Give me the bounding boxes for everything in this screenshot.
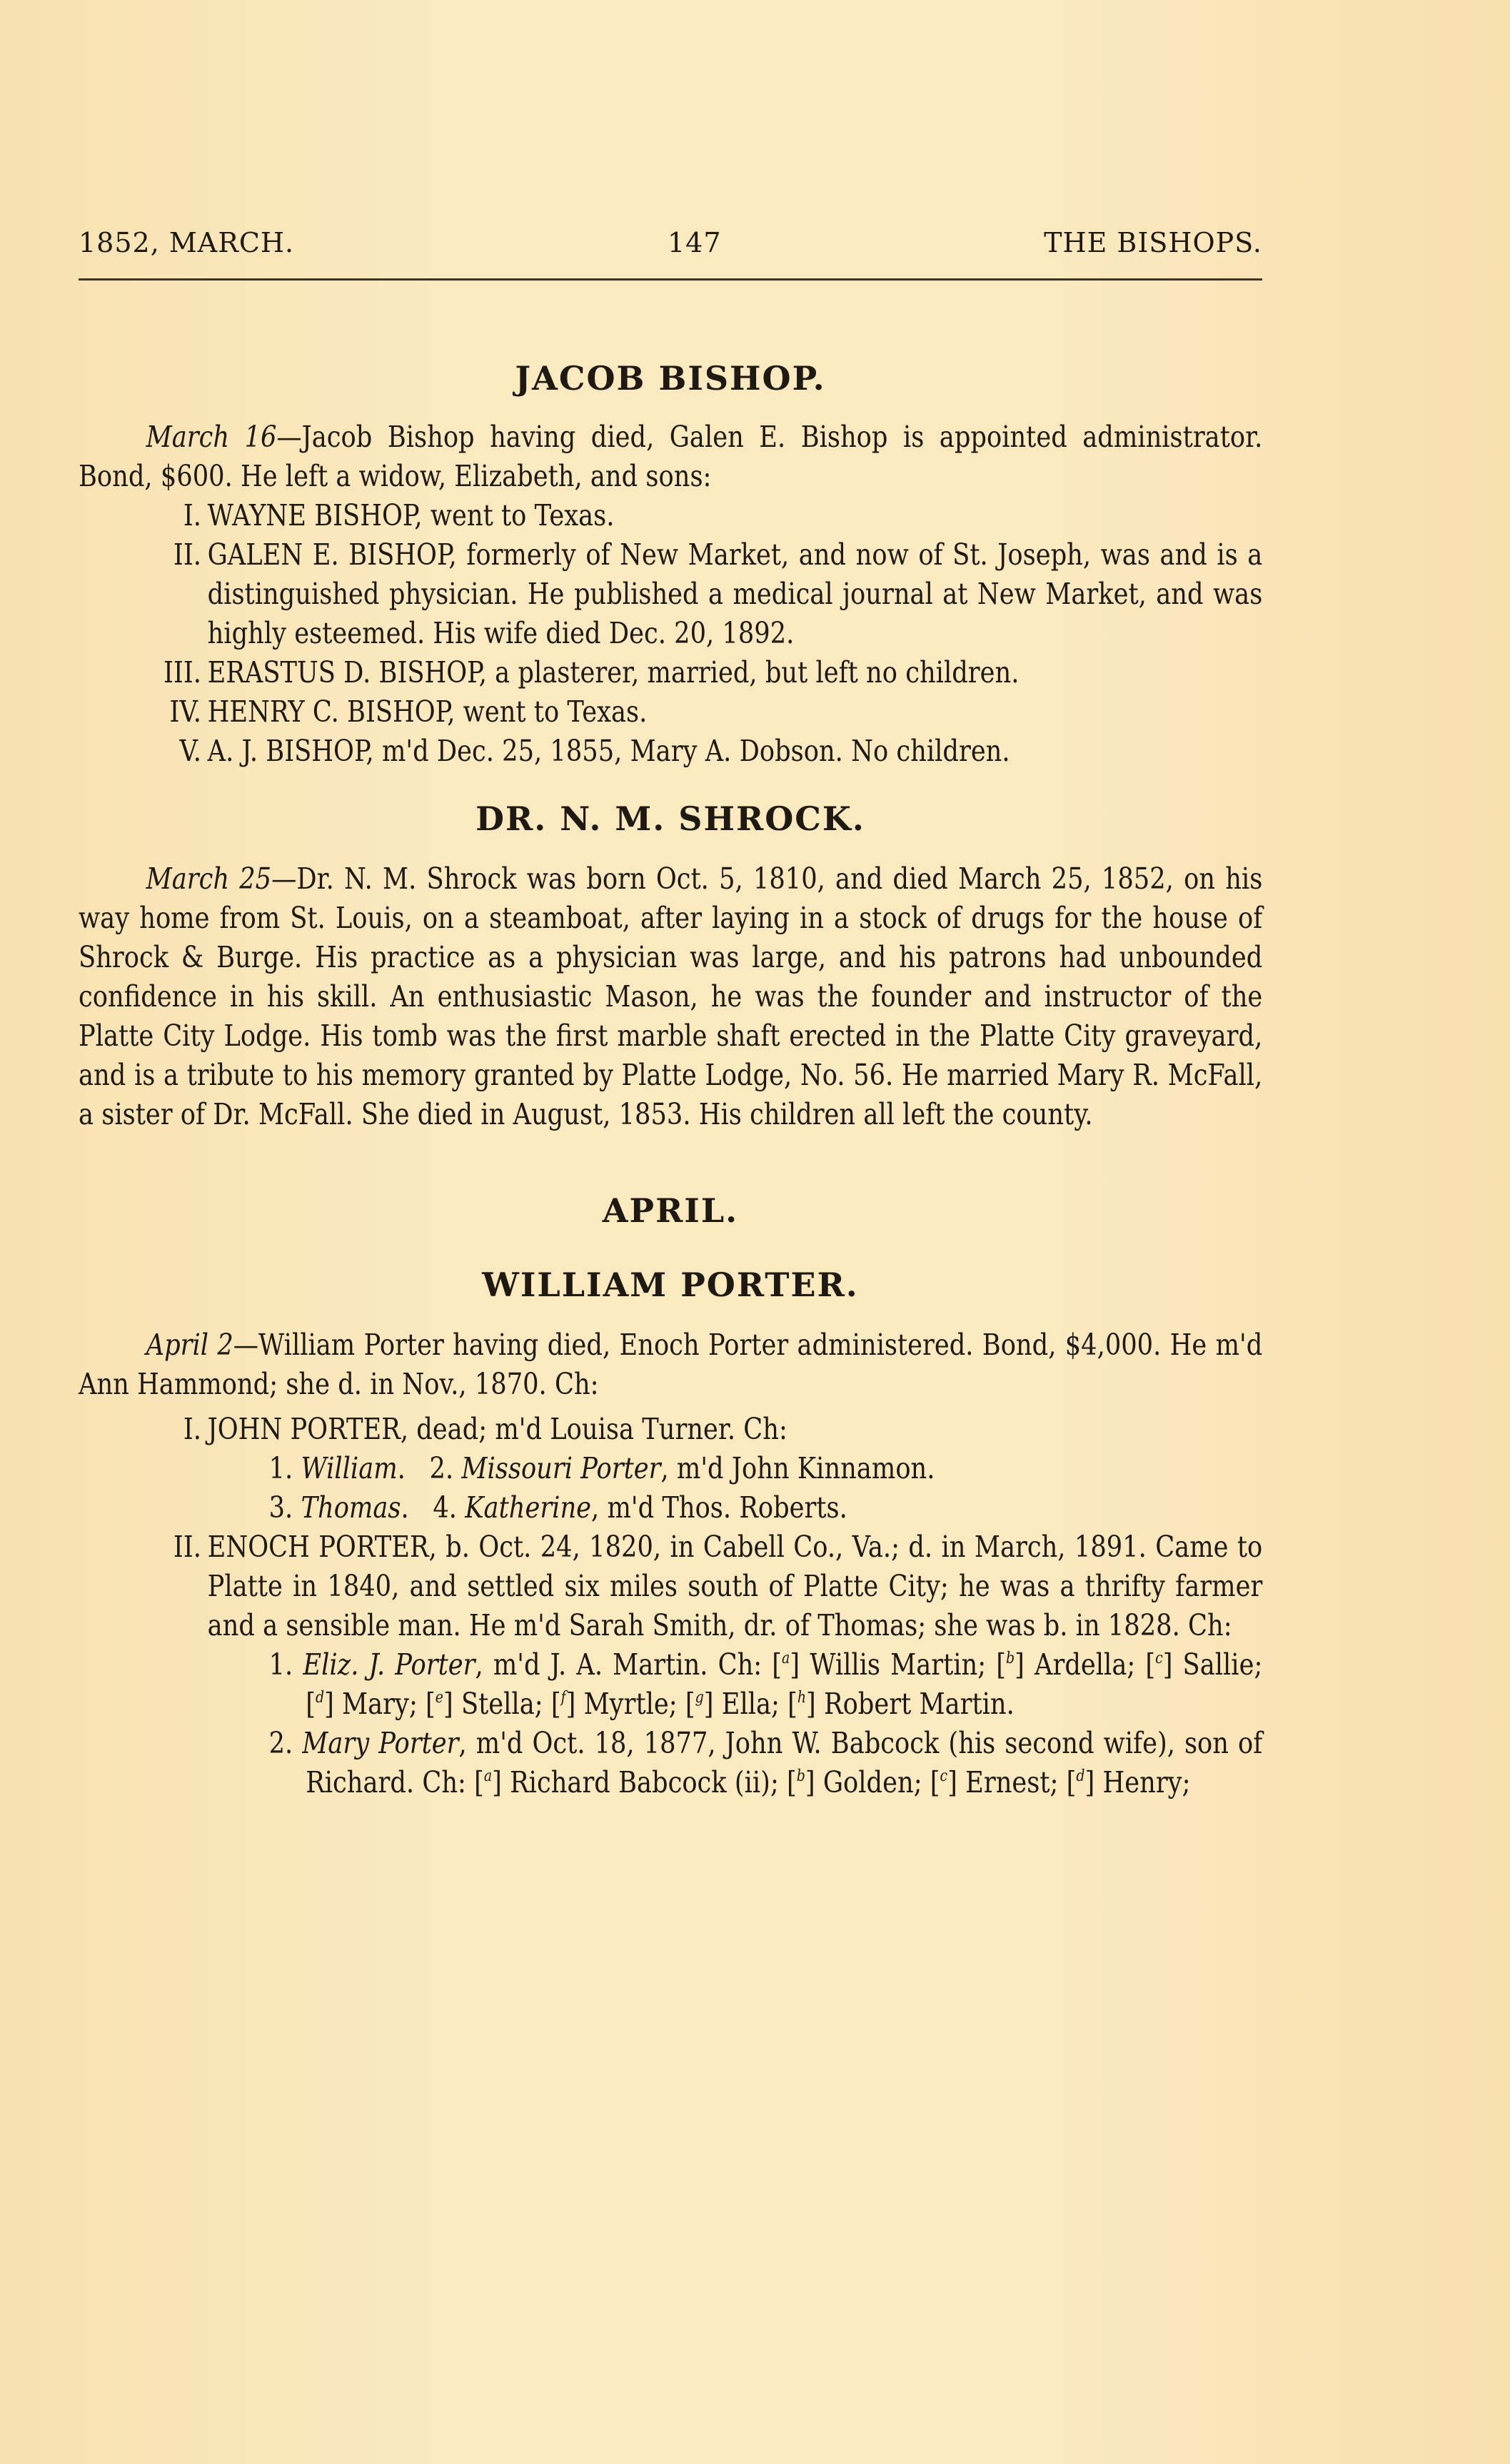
section-title-shrock: DR. N. M. SHROCK.: [79, 799, 1262, 838]
child-entry: 2. Mary Porter, m'd Oct. 18, 1877, John …: [79, 1724, 1262, 1802]
month-heading-april: APRIL.: [79, 1191, 1262, 1230]
entry-date: March 25: [146, 862, 272, 896]
book-page: 1852, MARCH. 147 THE BISHOPS. JACOB BISH…: [79, 214, 1262, 1802]
list-item: II.GALEN E. BISHOP, formerly of New Mark…: [79, 535, 1262, 653]
section-title-william-porter: WILLIAM PORTER.: [79, 1266, 1262, 1304]
intro-paragraph: March 25—Dr. N. M. Shrock was born Oct. …: [79, 859, 1262, 1134]
list-item: V.A. J. BISHOP, m'd Dec. 25, 1855, Mary …: [79, 732, 1262, 771]
entry-date: April 2: [146, 1328, 233, 1362]
section-body-william-porter: April 2—William Porter having died, Enoc…: [79, 1326, 1262, 1802]
intro-paragraph: March 16—Jacob Bishop having died, Galen…: [79, 418, 1262, 496]
child-entry: 1. William. 2. Missouri Porter, m'd John…: [79, 1449, 1262, 1488]
running-head-left: 1852, MARCH.: [79, 214, 294, 271]
list-item: IV.HENRY C. BISHOP, went to Texas.: [79, 692, 1262, 732]
list-item: III.ERASTUS D. BISHOP, a plasterer, marr…: [79, 653, 1262, 692]
section-title-jacob-bishop: JACOB BISHOP.: [79, 359, 1262, 398]
running-head: 1852, MARCH. 147 THE BISHOPS.: [79, 214, 1262, 271]
intro-paragraph: April 2—William Porter having died, Enoc…: [79, 1326, 1262, 1404]
section-body-shrock: March 25—Dr. N. M. Shrock was born Oct. …: [79, 859, 1262, 1134]
child-entry: 1. Eliz. J. Porter, m'd J. A. Martin. Ch…: [79, 1645, 1262, 1724]
list-item: I.WAYNE BISHOP, went to Texas.: [79, 496, 1262, 535]
list-item: I.JOHN PORTER, dead; m'd Louisa Turner. …: [79, 1410, 1262, 1449]
page-number: 147: [668, 214, 722, 271]
list-item: II.ENOCH PORTER, b. Oct. 24, 1820, in Ca…: [79, 1528, 1262, 1645]
section-body-jacob-bishop: March 16—Jacob Bishop having died, Galen…: [79, 418, 1262, 771]
header-rule: [79, 278, 1262, 281]
entry-date: March 16: [146, 420, 277, 454]
child-entry: 3. Thomas. 4. Katherine, m'd Thos. Rober…: [79, 1488, 1262, 1528]
running-head-right: THE BISHOPS.: [1044, 214, 1262, 271]
